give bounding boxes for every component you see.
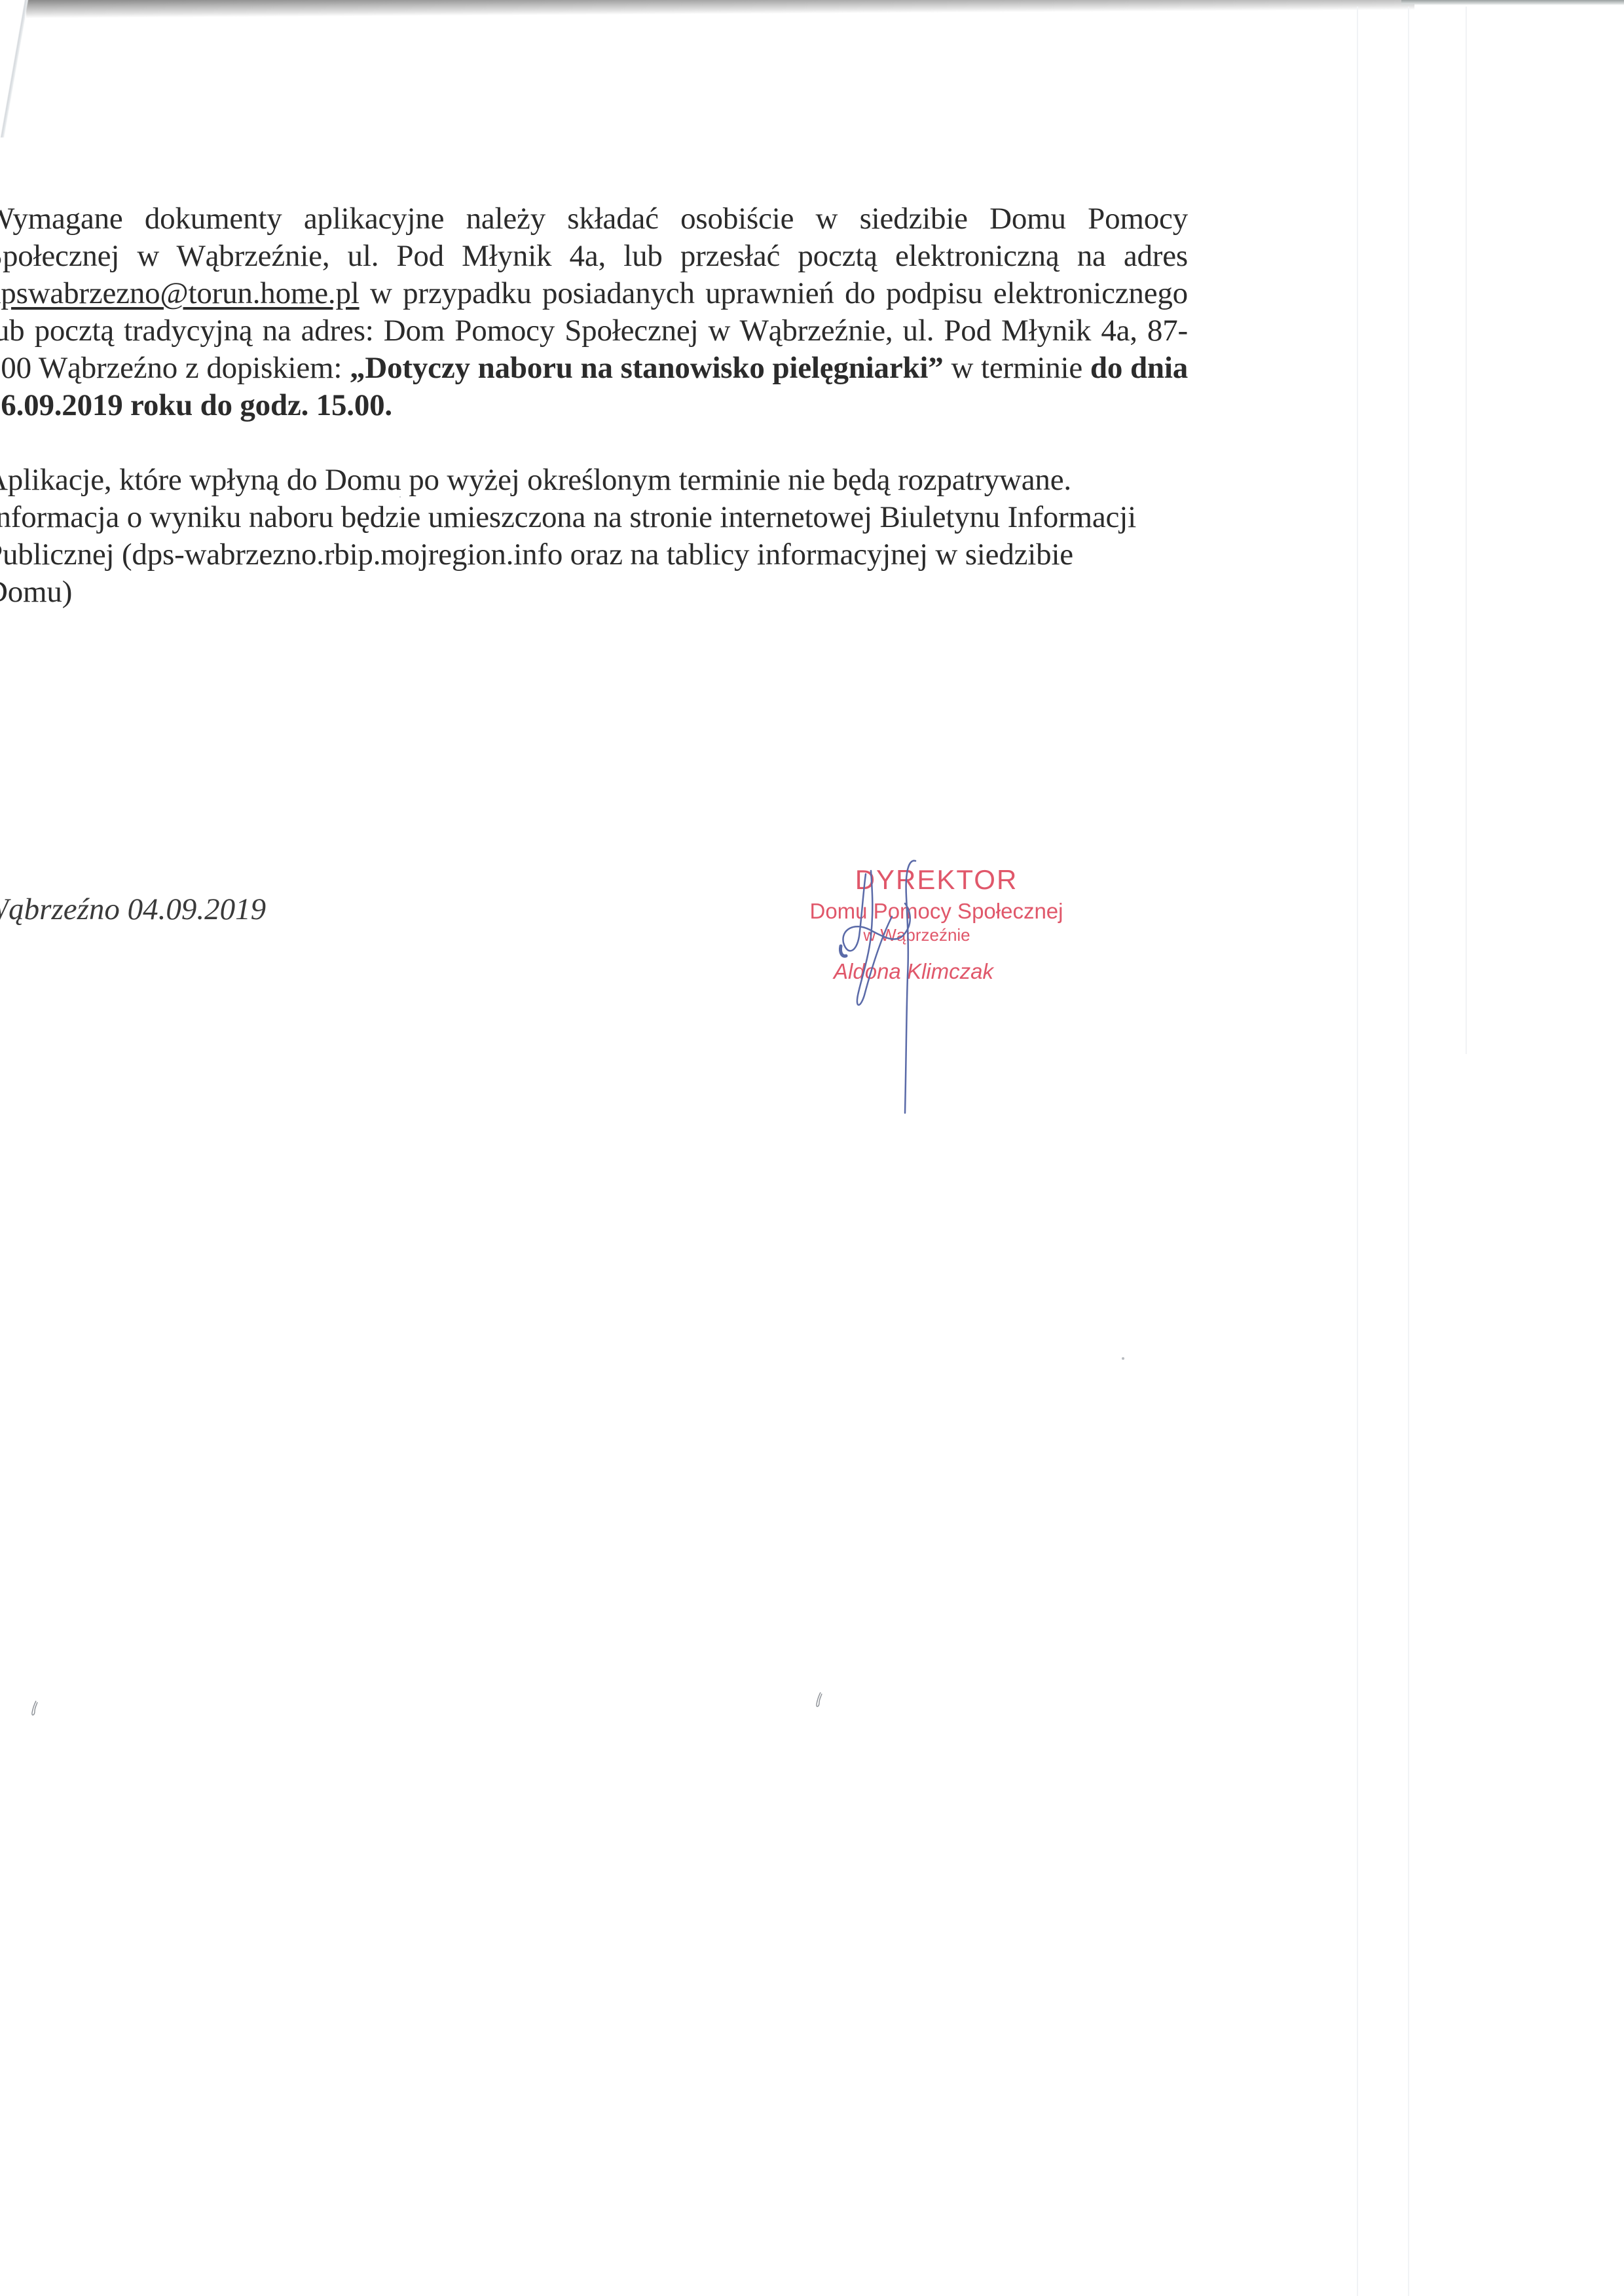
- results-info-line-1: Informacja o wyniku naboru będzie umiesz…: [0, 499, 1188, 536]
- application-instructions-paragraph: Wymagane dokumenty aplikacyjne należy sk…: [0, 200, 1188, 424]
- scan-page-edge: [0, 0, 29, 137]
- scan-mark: [30, 1700, 39, 1718]
- director-stamp: DYREKTOR Domu Pomocy Społecznej w Wąbrze…: [766, 864, 1107, 986]
- handwritten-signature: [832, 845, 936, 1120]
- scan-line: [1466, 7, 1467, 1054]
- stamp-title: DYREKTOR: [766, 864, 1107, 896]
- results-info-line-3: Domu): [0, 574, 1188, 611]
- email-link[interactable]: dpswabrzezno@torun.home.pl: [0, 276, 360, 310]
- scan-shadow-top: [26, 0, 1414, 18]
- deadline-prefix: w terminie: [951, 351, 1082, 385]
- scan-line: [1357, 7, 1358, 2296]
- place-and-date: Wąbrzeźno 04.09.2019: [0, 892, 266, 927]
- instructions-line-1: Wymagane dokumenty aplikacyjne należy sk…: [0, 202, 1188, 236]
- scan-shadow-top-right: [1401, 0, 1624, 5]
- scan-mark: [815, 1691, 824, 1709]
- subject-note: „Dotyczy naboru na stanowisko pielęgniar…: [350, 351, 944, 385]
- late-applications-note: Aplikacje, które wpłyną do Domu po wyżej…: [0, 462, 1188, 499]
- results-info-paragraph: Aplikacje, które wpłyną do Domu po wyżej…: [0, 462, 1188, 611]
- scan-speck: [1122, 1357, 1124, 1360]
- scan-line: [1408, 7, 1409, 2296]
- scan-speck: [399, 496, 401, 498]
- paragraph-gap: [0, 424, 1188, 462]
- letter-body: Wymagane dokumenty aplikacyjne należy sk…: [0, 200, 1188, 611]
- results-info-line-2: Publicznej (dps-wabrzezno.rbip.mojregion…: [0, 536, 1188, 574]
- instructions-line-2: Społecznej w Wąbrzeźnie, ul. Pod Młynik …: [0, 239, 1188, 273]
- stamp-organization: Domu Pomocy Społecznej: [766, 898, 1107, 924]
